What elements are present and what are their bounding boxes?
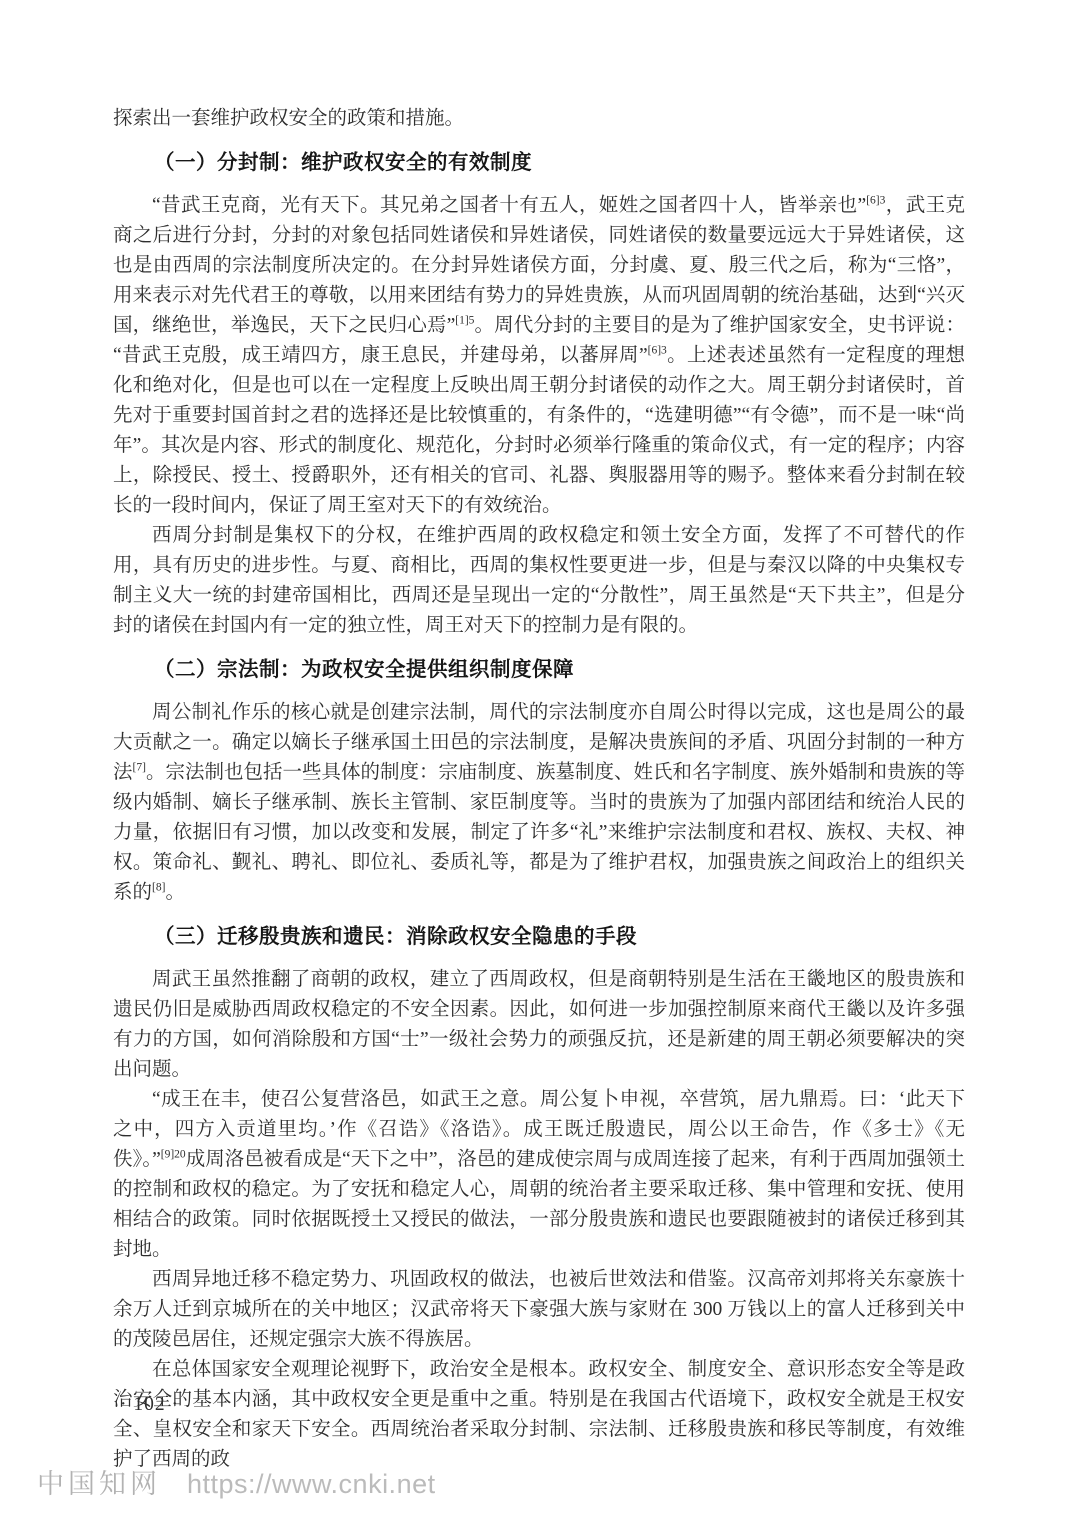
- citation-superscript: [6]3: [866, 195, 885, 207]
- cnki-watermark: 中国知网 https://www.cnki.net: [37, 1462, 436, 1501]
- section-heading-2: （二）宗法制：为政权安全提供组织制度保障: [113, 656, 965, 684]
- section-zongfazhi: （二）宗法制：为政权安全提供组织制度保障 周公制礼作乐的核心就是创建宗法制，周代…: [113, 656, 965, 908]
- cnki-brand-text: 中国知网: [37, 1462, 161, 1501]
- section-body-2: 周公制礼作乐的核心就是创建宗法制，周代的宗法制度亦自周公时得以完成，这也是周公的…: [113, 698, 965, 908]
- paragraph: 在总体国家安全观理论视野下，政治安全是根本。政权安全、制度安全、意识形态安全等是…: [113, 1355, 965, 1475]
- citation-superscript: [1]5: [455, 315, 474, 327]
- section-fengjianzhi: （一）分封制：维护政权安全的有效制度 “昔武王克商，光有天下。其兄弟之国者十有五…: [113, 149, 965, 641]
- intro-continuation-paragraph: 探索出一套维护政权安全的政策和措施。: [113, 104, 965, 134]
- citation-superscript: [9]20: [161, 1149, 186, 1161]
- page-number: · 102 ·: [120, 1394, 179, 1416]
- section-body-3: 周武王虽然推翻了商朝的政权，建立了西周政权，但是商朝特别是生活在王畿地区的殷贵族…: [113, 965, 965, 1475]
- paragraph: “成王在丰，使召公复营洛邑，如武王之意。周公复卜申视，卒营筑，居九鼎焉。曰：‘此…: [113, 1085, 965, 1265]
- section-body-1: “昔武王克商，光有天下。其兄弟之国者十有五人，姬姓之国者四十人，皆举亲也”[6]…: [113, 191, 965, 641]
- article-content: 探索出一套维护政权安全的政策和措施。 （一）分封制：维护政权安全的有效制度 “昔…: [113, 104, 965, 1475]
- citation-superscript: [8]: [152, 882, 165, 894]
- paragraph: 周公制礼作乐的核心就是创建宗法制，周代的宗法制度亦自周公时得以完成，这也是周公的…: [113, 698, 965, 908]
- paragraph: “昔武王克商，光有天下。其兄弟之国者十有五人，姬姓之国者四十人，皆举亲也”[6]…: [113, 191, 965, 521]
- cnki-url-text: https://www.cnki.net: [187, 1469, 436, 1500]
- paragraph: 西周分封制是集权下的分权，在维护西周的政权稳定和领土安全方面，发挥了不可替代的作…: [113, 521, 965, 641]
- section-heading-1: （一）分封制：维护政权安全的有效制度: [113, 149, 965, 177]
- section-heading-3: （三）迁移殷贵族和遗民：消除政权安全隐患的手段: [113, 923, 965, 951]
- paragraph: 周武王虽然推翻了商朝的政权，建立了西周政权，但是商朝特别是生活在王畿地区的殷贵族…: [113, 965, 965, 1085]
- scanned-paper-page: 探索出一套维护政权安全的政策和措施。 （一）分封制：维护政权安全的有效制度 “昔…: [0, 0, 1080, 1528]
- paragraph: 西周异地迁移不稳定势力、巩固政权的做法，也被后世效法和借鉴。汉高帝刘邦将关东豪族…: [113, 1265, 965, 1355]
- citation-superscript: [7]: [133, 762, 146, 774]
- section-qianyi-yinguizu: （三）迁移殷贵族和遗民：消除政权安全隐患的手段 周武王虽然推翻了商朝的政权，建立…: [113, 923, 965, 1475]
- citation-superscript: [6]3: [648, 345, 667, 357]
